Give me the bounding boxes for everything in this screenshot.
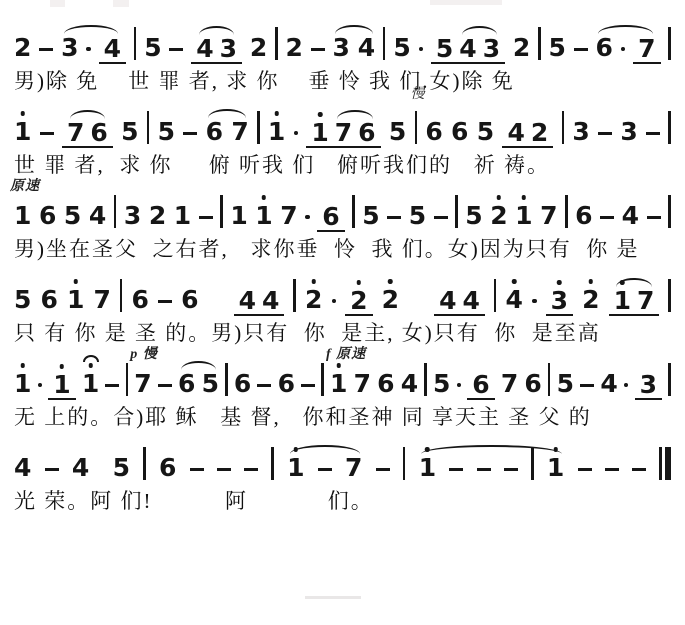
duration-dash	[158, 300, 172, 303]
barline	[126, 363, 129, 396]
barline	[114, 195, 117, 228]
duration-dash	[578, 468, 592, 471]
note-number: 6	[90, 120, 107, 145]
note-number: 1	[268, 119, 285, 144]
note-number: 7	[354, 371, 371, 396]
octave-dot-icon	[512, 279, 517, 284]
duration-dash	[183, 132, 197, 135]
slur-arc	[616, 278, 652, 287]
barline	[271, 447, 274, 480]
duration-dash	[301, 384, 315, 387]
note-number: 1	[14, 371, 31, 396]
note-number: 3	[61, 35, 78, 60]
barline	[562, 111, 565, 144]
underline-group: 176	[306, 120, 380, 148]
duration-dash	[376, 468, 390, 471]
slur-arc	[290, 445, 360, 454]
octave-dot-icon	[311, 279, 316, 284]
note-number: 3	[124, 203, 141, 228]
note-number: 1原速	[14, 203, 31, 228]
note-number: 6	[425, 119, 442, 144]
lyrics-line: 只 有 你 是 圣 的。男)只有 你 是主, 女)只有 你 是至高	[14, 321, 671, 348]
notation-row: 176556711765慢6654233	[14, 114, 671, 144]
slur-arc	[421, 445, 561, 454]
underline-group: 3	[546, 288, 573, 316]
barline	[494, 279, 497, 312]
duration-dash	[387, 216, 401, 219]
octave-dot-icon	[73, 279, 78, 284]
note-number: 4	[622, 203, 639, 228]
note-number: 4	[462, 288, 479, 313]
barline	[352, 195, 355, 228]
octave-dot-icon	[522, 195, 527, 200]
dot-after-note	[621, 47, 626, 52]
underline-group: 3	[635, 372, 662, 400]
note-number: 3	[572, 119, 589, 144]
duration-dash	[504, 468, 518, 471]
note-number: 1	[174, 203, 191, 228]
octave-dot-icon	[20, 363, 25, 368]
note-number: 7p 慢	[134, 371, 151, 396]
duration-dash	[598, 132, 612, 135]
duration-dash	[574, 48, 588, 51]
underline-group: 543	[431, 36, 505, 64]
octave-dot-icon	[274, 111, 279, 116]
dot-after-note	[294, 131, 299, 136]
dot-after-note	[332, 299, 337, 304]
system-2: 176556711765慢6654233 世 罪 者, 求 你 俯 听我 们 俯…	[14, 114, 671, 180]
slur-arc	[462, 26, 498, 35]
note-number: 4	[506, 287, 523, 312]
underline-group: 2	[345, 288, 372, 316]
sheet-music-page: 234543223455432567 男)除 免 世 罪 者, 求 你 垂 怜 …	[0, 0, 685, 625]
duration-dash	[40, 132, 54, 135]
note-number: 6	[178, 371, 195, 396]
underline-group: 17	[609, 288, 660, 316]
note-number: 1	[67, 287, 84, 312]
dot-after-note	[305, 215, 310, 220]
slur-arc	[64, 25, 119, 34]
duration-dash	[217, 468, 231, 471]
note-number: 5	[389, 119, 406, 144]
barline	[134, 27, 137, 60]
note-number: 4	[439, 288, 456, 313]
note-number: 5	[14, 287, 31, 312]
note-number: 3	[551, 288, 568, 313]
octave-dot-icon	[497, 195, 502, 200]
barline	[220, 195, 223, 228]
tempo-mark: p 慢	[130, 348, 158, 362]
duration-dash	[311, 48, 325, 51]
note-number: 4	[459, 36, 476, 61]
slur-arc	[208, 109, 246, 118]
note-number: 6	[322, 204, 339, 229]
note-number: 2	[149, 203, 166, 228]
note-number: 2	[513, 35, 530, 60]
duration-dash	[169, 48, 183, 51]
note-number: 7	[335, 120, 352, 145]
octave-dot-icon	[88, 363, 93, 368]
note-number: 3	[333, 35, 350, 60]
note-number: 2	[14, 35, 31, 60]
lyrics-line: 男)坐在圣父 之右者, 求你垂 怜 我 们。女)因为只有 你 是	[14, 237, 671, 264]
duration-dash	[646, 132, 660, 135]
notation-row: 1117p 慢65661f 原速7645676543	[14, 366, 671, 396]
octave-dot-icon	[20, 111, 25, 116]
note-number: 5	[64, 203, 81, 228]
note-number: 5	[158, 119, 175, 144]
note-number: 5	[477, 119, 494, 144]
slur-arc	[181, 361, 217, 370]
octave-dot-icon	[357, 280, 362, 285]
note-number: 6	[181, 287, 198, 312]
note-number: 5	[144, 35, 161, 60]
note-number: 1	[14, 119, 31, 144]
barline	[383, 27, 386, 60]
note-number: 6	[40, 287, 57, 312]
note-number: 5	[393, 35, 410, 60]
note-number: 5	[362, 203, 379, 228]
underline-group: 43	[191, 36, 242, 64]
lyrics-line: 光 荣。阿 们! 阿 们。	[14, 489, 671, 516]
note-number: 1	[515, 203, 532, 228]
note-number: 4	[196, 36, 213, 61]
duration-dash	[477, 468, 491, 471]
note-number: 2	[305, 287, 322, 312]
note-number: 7	[637, 288, 654, 313]
note-number: 3	[220, 36, 237, 61]
lyrics-line: 无 上的。合)耶 稣 基 督, 你和圣神 同 享天主 圣 父 的	[14, 405, 671, 432]
note-number: 6	[159, 455, 176, 480]
notation-row: 1原速654321117655521764	[14, 198, 671, 228]
note-number: 5	[202, 371, 219, 396]
duration-dash	[605, 468, 619, 471]
note-number: 1	[614, 288, 631, 313]
note-number: 4	[401, 371, 418, 396]
note-number: 6	[39, 203, 56, 228]
note-number: 2	[382, 287, 399, 312]
system-6: 44561711 光 荣。阿 们! 阿 们。	[14, 450, 671, 516]
note-number: 3	[483, 36, 500, 61]
tempo-mark: 慢	[411, 88, 426, 102]
scan-artifact	[305, 596, 361, 599]
barline	[668, 111, 671, 144]
note-number: 2	[285, 35, 302, 60]
barline	[403, 447, 406, 480]
underline-group: 42	[502, 120, 553, 148]
octave-dot-icon	[388, 279, 393, 284]
note-number: 2	[531, 120, 548, 145]
scan-artifact	[50, 0, 65, 7]
note-number: 2	[490, 203, 507, 228]
duration-dash	[600, 216, 614, 219]
duration-dash	[244, 468, 258, 471]
note-number: 1	[255, 203, 272, 228]
system-1: 234543223455432567 男)除 免 世 罪 者, 求 你 垂 怜 …	[14, 30, 671, 96]
duration-dash	[449, 468, 463, 471]
note-number: 5	[465, 203, 482, 228]
note-number: 6	[524, 371, 541, 396]
note-number: 7	[280, 203, 297, 228]
duration-dash	[647, 216, 661, 219]
barline	[565, 195, 568, 228]
barline	[225, 363, 228, 396]
slur-arc	[70, 110, 106, 119]
dot-after-note	[457, 383, 462, 388]
final-barline	[659, 447, 671, 480]
barline	[668, 363, 671, 396]
note-number: 2	[582, 287, 599, 312]
tempo-mark: 原速	[10, 180, 40, 194]
slur-arc	[199, 26, 235, 35]
system-5: 1117p 慢65661f 原速7645676543 无 上的。合)耶 稣 基 …	[14, 366, 671, 432]
note-number: 7	[67, 120, 84, 145]
note-number: 4	[14, 455, 31, 480]
barline	[120, 279, 123, 312]
note-number: 1	[311, 120, 328, 145]
octave-dot-icon	[336, 363, 341, 368]
barline	[257, 111, 260, 144]
note-number: 6	[451, 119, 468, 144]
duration-dash	[105, 384, 119, 387]
barline	[548, 363, 551, 396]
note-number: 1	[230, 203, 247, 228]
octave-dot-icon	[60, 364, 65, 369]
underline-group: 1	[48, 372, 75, 400]
note-number: 1f 原速	[330, 371, 347, 396]
notation-row: 561766442224443217	[14, 282, 671, 312]
note-number: 6	[377, 371, 394, 396]
barline: 慢	[415, 111, 418, 144]
barline	[321, 363, 324, 396]
barline	[143, 447, 146, 480]
scan-artifact	[430, 0, 502, 5]
fermata-icon	[83, 355, 99, 362]
barline	[275, 27, 278, 60]
note-number: 6	[596, 35, 613, 60]
note-number: 4	[600, 371, 617, 396]
dot-after-note	[86, 47, 91, 52]
note-number: 4	[104, 36, 121, 61]
slur-arc	[335, 25, 372, 34]
note-number: 5	[433, 371, 450, 396]
duration-dash	[190, 468, 204, 471]
barline	[424, 363, 427, 396]
underline-group: 6	[317, 204, 344, 232]
duration-dash	[632, 468, 646, 471]
dot-after-note	[419, 47, 424, 52]
barline	[455, 195, 458, 228]
slur-arc	[337, 110, 373, 119]
note-number: 6	[575, 203, 592, 228]
note-number: 3	[640, 372, 657, 397]
dot-after-note	[532, 299, 537, 304]
note-number: 6	[234, 371, 251, 396]
underline-group: 6	[467, 372, 494, 400]
note-number: 5	[548, 35, 565, 60]
note-number: 7	[93, 287, 110, 312]
note-number: 5	[436, 36, 453, 61]
octave-dot-icon	[589, 279, 594, 284]
system-3: 1原速654321117655521764 男)坐在圣父 之右者, 求你垂 怜 …	[14, 198, 671, 264]
notation-row: 44561711	[14, 450, 671, 480]
note-number: 5	[121, 119, 138, 144]
barline	[668, 279, 671, 312]
note-number: 4	[262, 288, 279, 313]
note-number: 1	[419, 455, 436, 480]
duration-dash	[199, 216, 213, 219]
note-number: 4	[239, 288, 256, 313]
note-number: 7	[231, 119, 248, 144]
note-number: 7	[501, 371, 518, 396]
underline-group: 44	[234, 288, 285, 316]
barline	[668, 195, 671, 228]
duration-dash	[158, 384, 172, 387]
barline	[668, 27, 671, 60]
duration-dash	[580, 384, 594, 387]
lyrics-line: 男)除 免 世 罪 者, 求 你 垂 怜 我 们.女)除 免	[14, 69, 671, 96]
note-number: 4	[358, 35, 375, 60]
note-number: 7	[540, 203, 557, 228]
note-number: 6	[206, 119, 223, 144]
note-number: 6	[358, 120, 375, 145]
barline	[538, 27, 541, 60]
note-number: 2	[250, 35, 267, 60]
dot-after-note	[624, 383, 629, 388]
note-number: 7	[345, 455, 362, 480]
octave-dot-icon	[262, 195, 267, 200]
note-number: 1	[287, 455, 304, 480]
duration-dash	[45, 468, 59, 471]
duration-dash	[39, 48, 53, 51]
octave-dot-icon	[557, 280, 562, 285]
note-number: 5	[113, 455, 130, 480]
underline-group: 4	[99, 36, 126, 64]
scan-artifact	[113, 0, 129, 7]
barline	[293, 279, 296, 312]
underline-group: 44	[434, 288, 485, 316]
note-number: 7	[638, 36, 655, 61]
note-number: 4	[507, 120, 524, 145]
duration-dash	[318, 468, 332, 471]
duration-dash	[257, 384, 271, 387]
note-number: 4	[89, 203, 106, 228]
slur-arc	[598, 25, 653, 34]
note-number: 6	[278, 371, 295, 396]
octave-dot-icon	[318, 112, 323, 117]
note-number: 2	[350, 288, 367, 313]
duration-dash	[434, 216, 448, 219]
barline	[147, 111, 150, 144]
note-number: 4	[72, 455, 89, 480]
lyrics-line: 世 罪 者, 求 你 俯 听我 们 俯听我们的 祈 祷。	[14, 153, 671, 180]
note-number: 6	[132, 287, 149, 312]
tempo-mark: f 原速	[326, 348, 366, 362]
underline-group: 7	[633, 36, 660, 64]
note-number: 3	[620, 119, 637, 144]
notation-row: 234543223455432567	[14, 30, 671, 60]
dot-after-note	[38, 383, 43, 388]
note-number: 1	[53, 372, 70, 397]
note-number: 1	[547, 455, 564, 480]
note-number: 1	[82, 371, 99, 396]
underline-group: 76	[62, 120, 113, 148]
note-number: 5	[409, 203, 426, 228]
note-number: 5	[557, 371, 574, 396]
note-number: 6	[472, 372, 489, 397]
system-4: 561766442224443217 只 有 你 是 圣 的。男)只有 你 是主…	[14, 282, 671, 348]
